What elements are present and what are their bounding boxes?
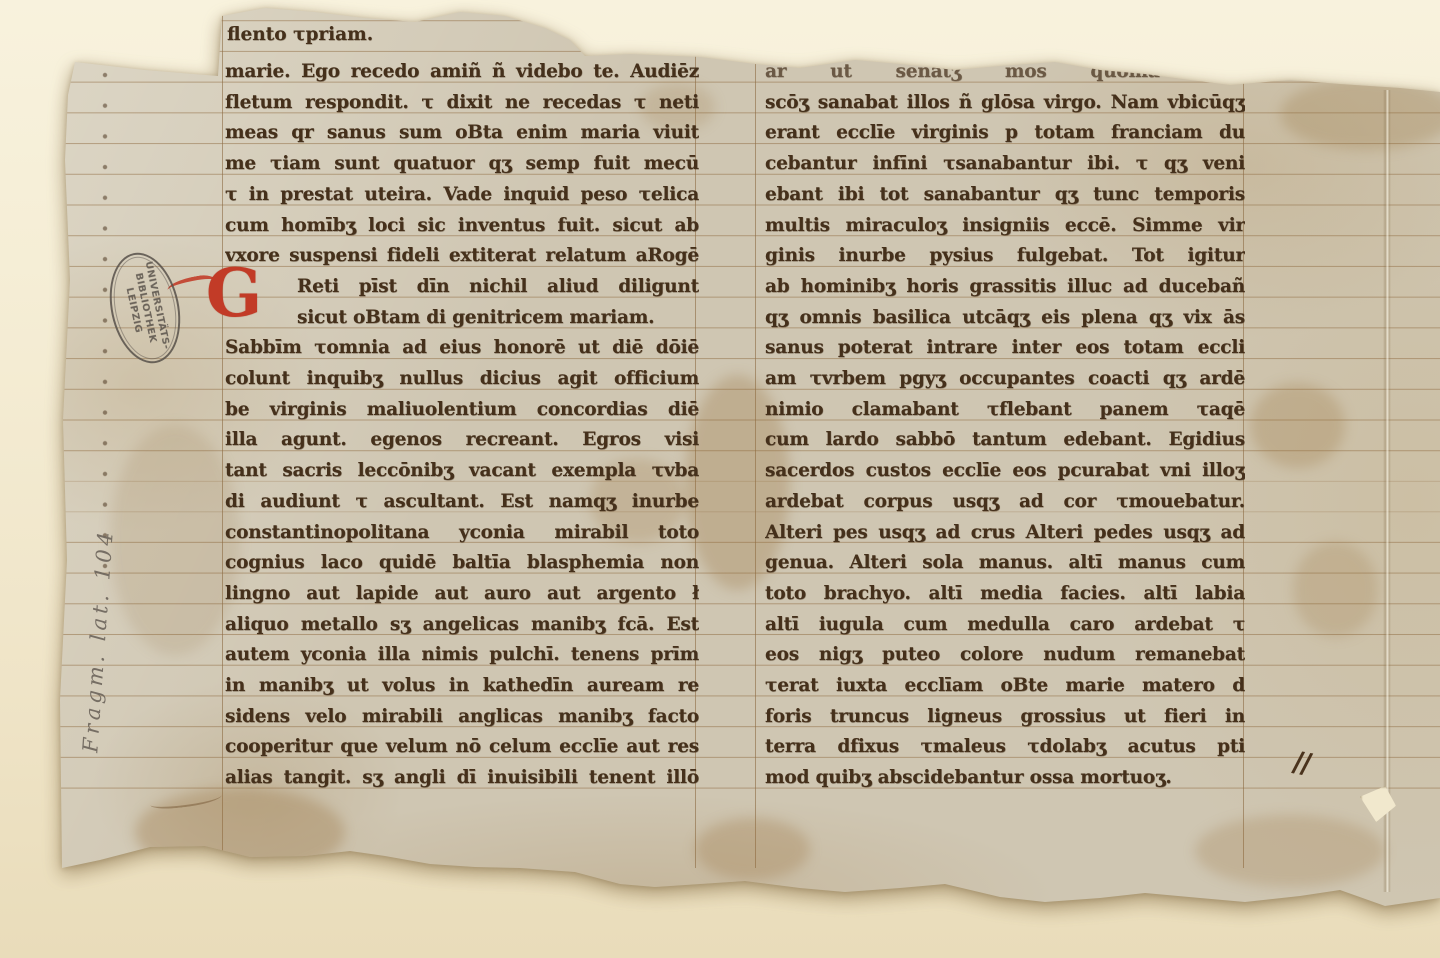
text-line: τ in prestat uteira. Vade inquid peso τe… (225, 180, 699, 210)
stain (1195, 815, 1385, 887)
text-line: cum homībʒ loci sic inventus fuit. sicut… (225, 211, 699, 241)
text-line: foris truncus ligneus grossius ut fieri … (765, 702, 1245, 732)
text-line: meas qr sanus sum oBta enim maria viuit (225, 118, 699, 148)
text-line: qʒ omnis basilica utcāqʒ eis plena qʒ vi… (765, 303, 1245, 333)
fold-crease (1383, 90, 1391, 892)
text-line: eos nigʒ puteo colore nudum remanebat (765, 640, 1245, 670)
text-line: autem yconia illa nimis pulchī. tenens p… (225, 640, 699, 670)
text-line: lingno aut lapide aut auro aut argento ł (225, 579, 699, 609)
text-line: Alteri pes usqʒ ad crus Alteri pedes usq… (765, 518, 1245, 548)
parchment-fragment: flento τpriam. marie. Ego recedo amiñ ñ … (55, 0, 1440, 915)
text-line: sanus poterat intrare inter eos totam ec… (765, 333, 1245, 363)
backdrop: flento τpriam. marie. Ego recedo amiñ ñ … (0, 0, 1440, 958)
text-line: constantinopolitana yconia mirabil toto (225, 518, 699, 548)
red-initial-letter: G (201, 264, 267, 326)
text-line: alias tangit. sʒ angli dī inuisibili ten… (225, 763, 699, 793)
stain (695, 818, 810, 880)
text-line: toto brachyo. altī media facies. altī la… (765, 579, 1245, 609)
text-line: illa agunt. egenos recreant. Egros visi (225, 425, 699, 455)
text-line: altī iugula cum medulla caro ardebat τ (765, 610, 1245, 640)
text-line: be virginis maliuolentium concordias diē (225, 395, 699, 425)
text-line: sicut oBtam di genitricem mariam. (297, 303, 699, 333)
text-line: ebant ibi tot sanabantur qʒ tunc tempori… (765, 180, 1245, 210)
text-line: sacerdos custos ecclīe eos pcurabat vni … (765, 456, 1245, 486)
text-line: vxore suspensi fideli extiterat relatum … (225, 241, 699, 271)
text-line: Sabbīm τomnia ad eius honorē ut diē dōiē (225, 333, 699, 363)
text-line: scōʒ sanabat illos ñ glōsa virgo. Nam vb… (765, 88, 1245, 118)
text-line: Reti pīst dīn nichil aliud diligunt (297, 272, 699, 302)
ruling-vertical-left-bound (222, 12, 223, 868)
text-line: ginis inurbe pysius fulgebat. Tot igitur (765, 241, 1245, 271)
text-line: mod quibʒ abscidebantur ossa mortuoʒ. (765, 763, 1245, 793)
ruling-vertical-right-column-start (755, 12, 756, 868)
text-line: fletum respondit. τ dixit ne recedas τ n… (225, 88, 699, 118)
text-line: ardebat corpus usqʒ ad cor τmouebatur. (765, 487, 1245, 517)
text-line: erant ecclīe virginis p totam franciam d… (765, 118, 1245, 148)
text-line: cognius laco quidē baltīa blasphemia non (225, 548, 699, 578)
text-line: tant sacris leccōnibʒ vacant exempla τvb… (225, 456, 699, 486)
text-line: sidens velo mirabili anglicas manibʒ fac… (225, 702, 699, 732)
text-line: in manibʒ ut volus in kathedīn auream re (225, 671, 699, 701)
text-line: aliquo metallo sʒ angelicas manibʒ fcā. … (225, 610, 699, 640)
text-line: ab hominibʒ horis grassitis illuc ad duc… (765, 272, 1245, 302)
text-line: cebantur infīni τsanabantur ibi. τ qʒ ve… (765, 149, 1245, 179)
text-line: τerat iuxta ecclīam oBte marie matero d (765, 671, 1245, 701)
text-line: cooperitur que velum nō celum ecclīe aut… (225, 732, 699, 762)
text-column-left: marie. Ego recedo amiñ ñ videbo te. Audi… (225, 0, 699, 800)
text-column-right: ar ut senatʒ mos quomā vemscōʒ sanabat i… (765, 0, 1245, 800)
text-line: di audiunt τ ascultant. Est namqʒ inurbe (225, 487, 699, 517)
text-line: terra dfixus τmaleus τdolabʒ acutus pti (765, 732, 1245, 762)
text-line: colunt inquibʒ nullus dicius agit offici… (225, 364, 699, 394)
text-line: nimio clamabant τflebant panem τaqē (765, 395, 1245, 425)
text-line: marie. Ego recedo amiñ ñ videbo te. Audi… (225, 57, 699, 87)
text-line: me τiam sunt quatuor qʒ semp fuit mecū (225, 149, 699, 179)
text-line: multis miraculoʒ insigniis eccē. Simme v… (765, 211, 1245, 241)
text-line: ar ut senatʒ mos quomā vem (765, 57, 1245, 87)
text-line: am τvrbem pgyʒ occupantes coacti qʒ ardē (765, 364, 1245, 394)
text-line: cum lardo sabbō tantum edebant. Egidius (765, 425, 1245, 455)
text-line: genua. Alteri sola manus. altī manus cum (765, 548, 1245, 578)
